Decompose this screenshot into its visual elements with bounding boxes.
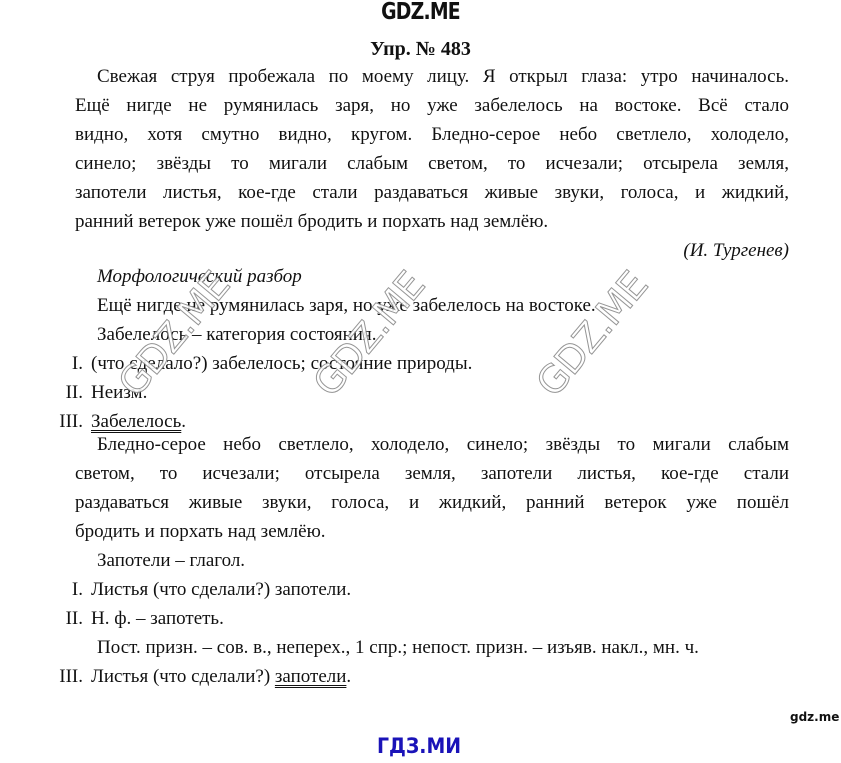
grammatical-features: Пост. призн. – сов. в., неперех., 1 спр.… [75,633,789,662]
analysis-zapoteli: Бледно-серое небо светлело, холодело, си… [75,430,789,691]
site-url: gdz.me [790,710,839,724]
passage-line: видно, хотя смутно видно, кругом. Бледно… [75,120,789,149]
passage-line: Свежая струя пробежала по моему лицу. Я … [75,62,789,91]
analysis-sentence: Ещё нигде не румянилась заря, но уже заб… [75,291,789,320]
passage-line: синело; звёзды то мигали слабым светом, … [75,149,789,178]
analysis-sentence-line: Бледно-серое небо светлело, холодело, си… [75,430,789,459]
word-definition: Забелелось – категория состояния. [75,320,789,349]
analysis-item-2: II.Н. ф. – запотеть. [75,604,789,633]
predicate-word: Забелелось [91,411,181,432]
predicate-word: запотели [275,666,347,687]
analysis-heading: Морфологический разбор [75,262,789,291]
passage-line: запотели листья, кое-где стали раздавать… [75,178,789,207]
passage: Свежая струя пробежала по моему лицу. Я … [75,62,789,265]
analysis-item-1: I.(что сделало?) забелелось; состояние п… [75,349,789,378]
exercise-title: Упр. № 483 [0,37,841,61]
analysis-sentence-line: светом, то исчезали; отсырела земля, зап… [75,459,789,488]
analysis-sentence-line: раздаваться живые звуки, голоса, и жидки… [75,488,789,517]
analysis-item-3: III.Листья (что сделали?) запотели. [75,662,789,691]
passage-line: Ещё нигде не румянилась заря, но уже заб… [75,91,789,120]
analysis-zabelelos: Морфологический разбор Ещё нигде не румя… [75,262,789,436]
analysis-sentence-line: бродить и порхать над землёю. [75,517,789,546]
author: (И. Тургенев) [75,236,789,265]
site-logo-top: GDZ.ME [76,0,766,24]
analysis-item-2: II.Неизм. [75,378,789,407]
passage-line: ранний ветерок уже пошёл бродить и порха… [75,207,789,236]
analysis-item-1: I.Листья (что сделали?) запотели. [75,575,789,604]
site-logo-bottom: ГДЗ.МИ [377,734,461,758]
word-definition: Запотели – глагол. [75,546,789,575]
